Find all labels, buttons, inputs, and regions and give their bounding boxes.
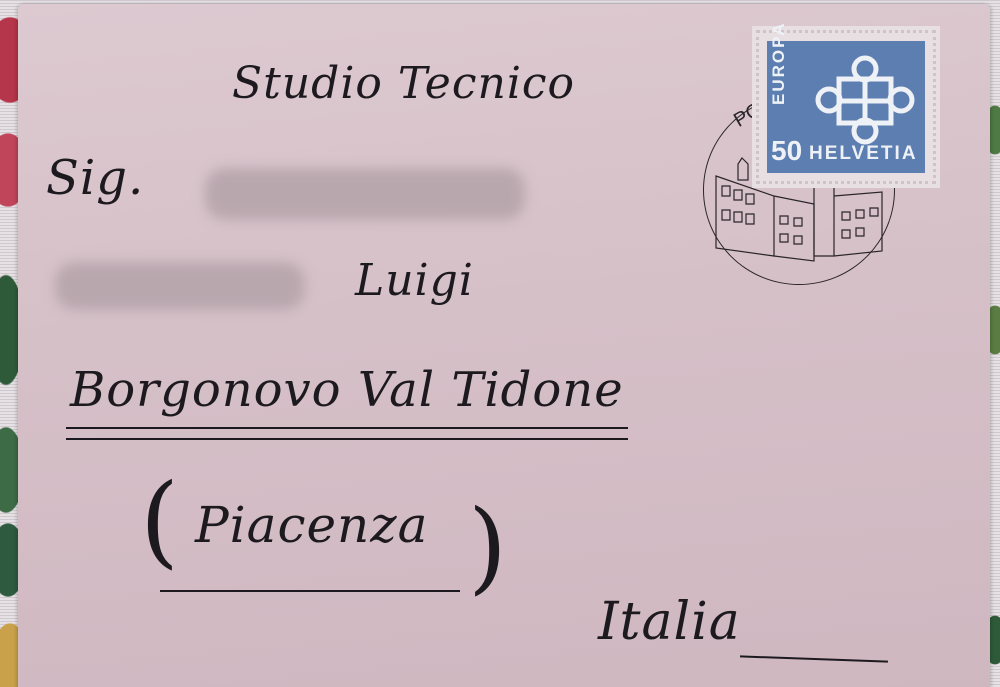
address-line-recipient-prefix: Sig. (46, 150, 144, 206)
address-line-town: Borgonovo Val Tidone (70, 362, 624, 418)
chain-emblem-icon (815, 55, 915, 145)
stamp-value: 50 (771, 135, 802, 167)
redacted-name-1 (205, 168, 525, 220)
address-line-first-name: Luigi (355, 255, 474, 306)
postage-stamp: EUROPA 50 HELVETIA (756, 30, 936, 184)
redacted-name-2 (55, 262, 305, 310)
address-line-country: Italia (598, 592, 741, 652)
underline-town-1 (66, 427, 628, 429)
address-line-province: Piacenza (195, 496, 428, 554)
stamp-country: HELVETIA (809, 143, 918, 165)
open-parenthesis: ( (140, 462, 179, 579)
stamp-europa-text: EUROPA (769, 22, 789, 105)
underline-town-2 (66, 438, 628, 440)
close-parenthesis: ) (468, 488, 507, 605)
underline-province (160, 590, 460, 592)
address-line-studio: Studio Tecnico (232, 58, 575, 109)
stamp-face: EUROPA 50 HELVETIA (767, 41, 925, 173)
